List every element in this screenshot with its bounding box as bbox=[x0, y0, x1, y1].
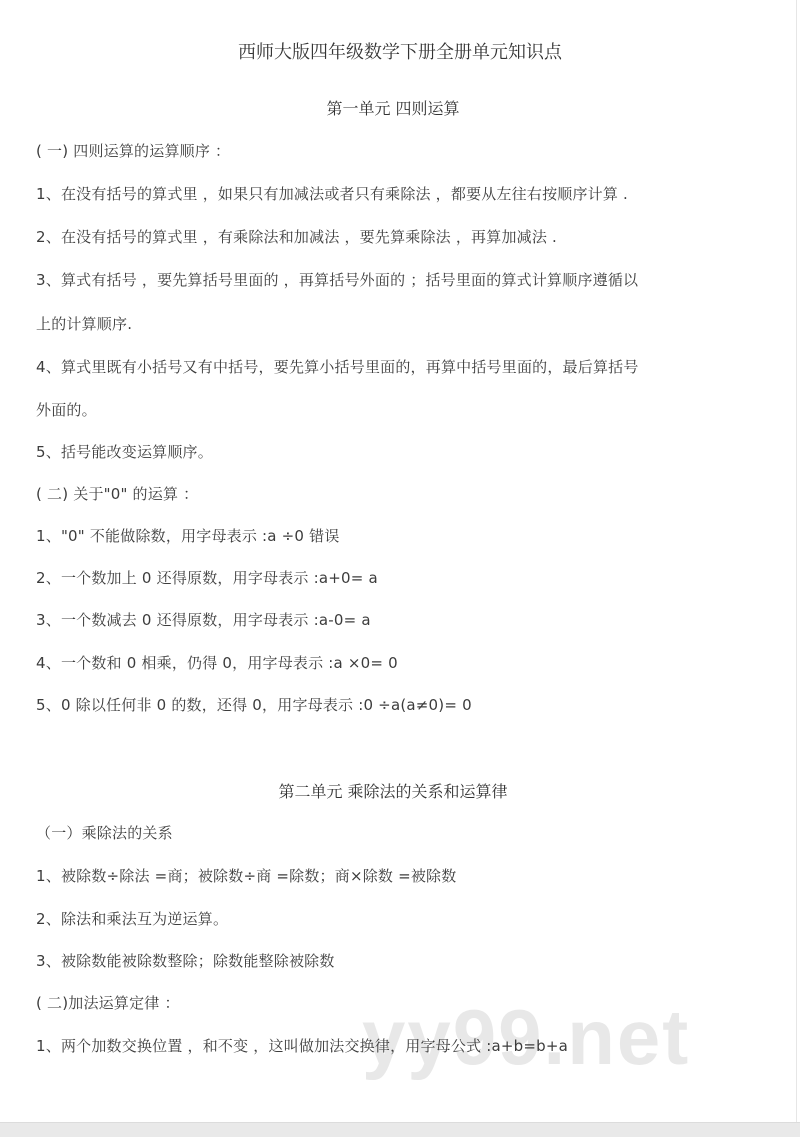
list-item: 1、在没有括号的算式里 ，如果只有加减法或者只有乘除法 ，都要从左往右按顺序计算… bbox=[36, 183, 628, 204]
section-heading: ( 二) 关于"0" 的运算 ： bbox=[36, 483, 198, 504]
list-item: 2、一个数加上 0 还得原数，用字母表示 :a+0= a bbox=[36, 567, 378, 588]
document-title: 西师大版四年级数学下册全册单元知识点 bbox=[0, 38, 800, 64]
list-item-continuation: 外面的。 bbox=[36, 399, 97, 420]
list-item: 5、括号能改变运算顺序。 bbox=[36, 441, 213, 462]
list-item: 2、除法和乘法互为逆运算。 bbox=[36, 908, 228, 929]
list-item: 5、0 除以任何非 0 的数，还得 0，用字母表示 :0 ÷a(a≠0)= 0 bbox=[36, 694, 472, 715]
unit-2-title: 第二单元 乘除法的关系和运算律 bbox=[0, 779, 786, 802]
list-item: 3、被除数能被除数整除；除数能整除被除数 bbox=[36, 950, 335, 971]
list-item-continuation: 上的计算顺序. bbox=[36, 313, 132, 334]
list-item: 3、算式有括号 ，要先算括号里面的 ，再算括号外面的 ；括号里面的算式计算顺序遵… bbox=[36, 269, 638, 290]
list-item: 4、一个数和 0 相乘，仍得 0，用字母表示 :a ×0= 0 bbox=[36, 652, 398, 673]
list-item: 1、两个加数交换位置 ，和不变 ，这叫做加法交换律，用字母公式 :a+b=b+a bbox=[36, 1035, 568, 1056]
section-heading: ( 一) 四则运算的运算顺序 ： bbox=[36, 140, 230, 161]
document-page: yy99.net 西师大版四年级数学下册全册单元知识点 第一单元 四则运算 ( … bbox=[0, 0, 797, 1122]
list-item: 4、算式里既有小括号又有中括号，要先算小括号里面的，再算中括号里面的，最后算括号 bbox=[36, 356, 639, 377]
page-bottom-edge bbox=[0, 1122, 800, 1137]
list-item: 2、在没有括号的算式里 ，有乘除法和加减法 ，要先算乘除法 ，再算加减法 . bbox=[36, 226, 557, 247]
section-heading: ( 二)加法运算定律 ： bbox=[36, 992, 180, 1013]
list-item: 3、一个数减去 0 还得原数，用字母表示 :a-0= a bbox=[36, 609, 371, 630]
list-item: 1、"0" 不能做除数，用字母表示 :a ÷0 错误 bbox=[36, 525, 340, 546]
section-heading: （一）乘除法的关系 bbox=[36, 822, 173, 843]
list-item: 1、被除数÷除法 =商；被除数÷商 =除数；商×除数 =被除数 bbox=[36, 865, 456, 886]
unit-1-title: 第一单元 四则运算 bbox=[0, 96, 786, 119]
